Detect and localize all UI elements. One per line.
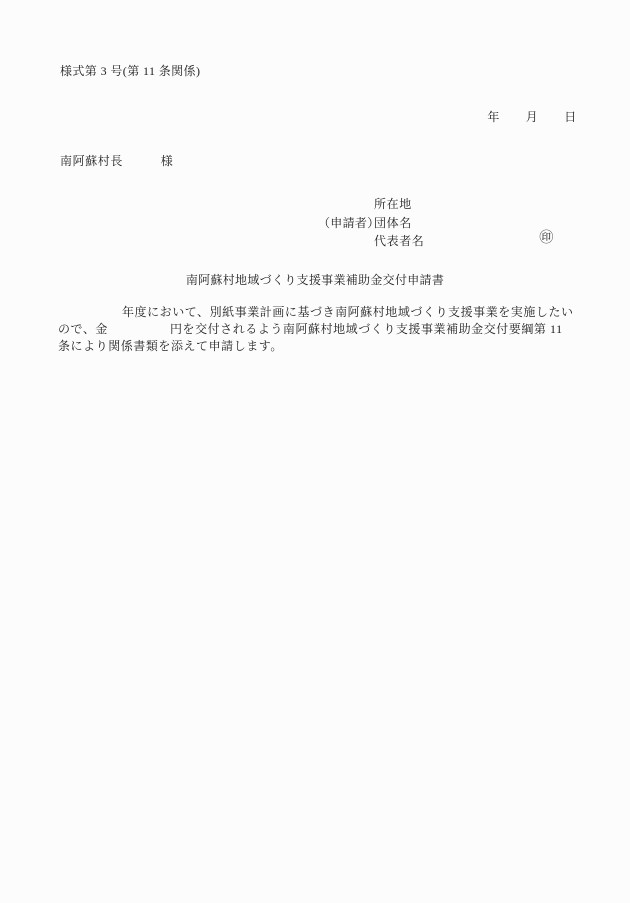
form-number: 様式第 3 号(第 11 条関係) [60, 62, 200, 79]
date-line: 年 月 日 [58, 108, 577, 125]
statement-line-2-after: 円を交付されるよう南阿蘇村地域づくり支援事業補助金交付要綱第 11 [170, 322, 563, 336]
address-field-label: 所在地 [374, 195, 554, 212]
applicant-row-organization: （申請者） 団体名 [318, 214, 554, 233]
fiscal-year-blank-field [58, 315, 122, 316]
document-title: 南阿蘇村地域づくり支援事業補助金交付申請書 [0, 271, 630, 288]
statement-line-2: ので、金円を交付されるよう南阿蘇村地域づくり支援事業補助金交付要綱第 11 [58, 321, 580, 338]
applicant-row-representative: 代表者名 ㊞ [318, 232, 554, 251]
addressee-mayor: 南阿蘇村長 様 [60, 152, 173, 169]
statement-line-3-text: 条により関係書類を添えて申請します。 [58, 339, 283, 353]
representative-label-text: 代表者名 [374, 232, 424, 249]
applicant-label: （申請者） [318, 214, 374, 231]
seal-mark-icon: ㊞ [539, 232, 554, 249]
statement-line-2-before: ので、金 [58, 322, 108, 336]
representative-field-label: 代表者名 ㊞ [374, 232, 554, 249]
application-form-page: 様式第 3 号(第 11 条関係) 年 月 日 南阿蘇村長 様 所在地 （申請者… [0, 0, 630, 903]
statement-line-3: 条により関係書類を添えて申請します。 [58, 338, 580, 355]
statement-line-1: 年度において、別紙事業計画に基づき南阿蘇村地域づくり支援事業を実施したい [58, 304, 580, 321]
application-statement: 年度において、別紙事業計画に基づき南阿蘇村地域づくり支援事業を実施したい ので、… [58, 304, 580, 356]
applicant-row-address: 所在地 [318, 195, 554, 214]
applicant-block: 所在地 （申請者） 団体名 代表者名 ㊞ [318, 195, 554, 251]
organization-field-label: 団体名 [374, 214, 554, 231]
address-label-text: 所在地 [374, 195, 412, 212]
organization-label-text: 団体名 [374, 214, 412, 231]
statement-line-1-text: 年度において、別紙事業計画に基づき南阿蘇村地域づくり支援事業を実施したい [122, 305, 574, 319]
amount-blank-field [108, 332, 170, 333]
